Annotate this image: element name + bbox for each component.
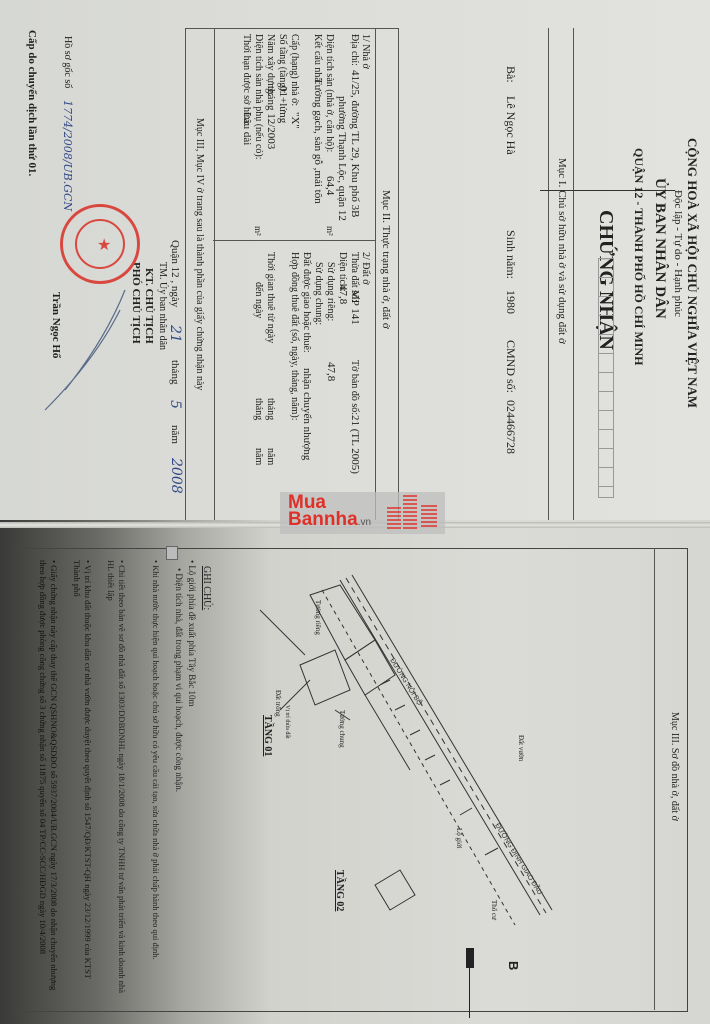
- lease-from-month: tháng: [265, 398, 276, 420]
- address-label: Địa chỉ:: [349, 34, 360, 66]
- north-arrow-letter: B: [506, 961, 521, 970]
- id-label: CMND số:: [503, 340, 518, 393]
- lease-contract-label: Hợp đồng thuê đất (số, ngày, tháng, năm)…: [289, 252, 300, 421]
- floors-value: 01+lửng: [277, 86, 289, 123]
- diagram-label-setback: Lộ giới: [455, 828, 463, 849]
- floors-label: Số tầng (tầng):: [277, 34, 288, 93]
- house-site-diagram: ĐƯỜNG NỘI BỘ ĐƯỜNG ĐỊNH GIAO ĐẦU: [240, 570, 570, 980]
- road-label: ĐƯỜNG NỘI BỘ: [388, 656, 425, 707]
- building-logo-icon: [385, 494, 439, 530]
- lease-from-label: Thời gian thuê từ ngày: [265, 252, 276, 343]
- lease-from-year: năm: [265, 448, 276, 465]
- scale-bar-icon: [466, 948, 474, 968]
- authority-name: ỦY BAN NHÂN DÂN: [651, 178, 668, 319]
- owner-label: Bà:: [503, 66, 518, 83]
- term-value: Lâu dài: [241, 112, 253, 145]
- section2-divider: [213, 240, 375, 241]
- private-use-value: 47,8: [325, 362, 337, 381]
- birth-year: 1980: [503, 290, 518, 314]
- allocation-value: nhận chuyển nhượng: [301, 368, 313, 460]
- floor-area-unit: m²: [325, 226, 335, 236]
- diagram-label-residential: Thổ cư: [490, 900, 498, 920]
- address-line2: phường Thạnh Lộc, quận 12: [336, 96, 348, 221]
- issue-day: 21: [167, 325, 183, 343]
- owner-name: Lê Ngọc Hà: [503, 96, 518, 155]
- birth-label: Sinh năm:: [503, 230, 518, 279]
- note-item: • Vị trí khu đất thuộc khu dân cư nhà vư…: [71, 560, 93, 1000]
- allocation-label: Đất được giao hoặc thuê:: [301, 252, 312, 353]
- district-name: QUẬN 12 - THÀNH PHỐ HỒ CHÍ MINH: [631, 148, 646, 365]
- address-line1: 41/25, đường TL 29, Khu phố 3B: [349, 70, 361, 217]
- on-behalf-label: TM. Ủy ban nhân dân: [157, 262, 168, 350]
- section1-heading: Mục I. Chủ sở hữu nhà ở và sử dụng đất ở: [556, 158, 568, 344]
- muabannha-watermark: MuaBannha.vn: [280, 492, 445, 534]
- issue-place-date: Quận 12 , ngày: [169, 240, 181, 307]
- serial-number-boxes: [598, 258, 614, 498]
- map-label: Tờ bản đồ số:: [349, 360, 360, 415]
- north-arrow-line: [469, 968, 470, 1018]
- issue-note: Cấp do chuyển dịch lần thứ 01.: [26, 30, 38, 176]
- signer-name: Trần Ngọc Hổ: [50, 292, 62, 358]
- floor2-label: TẦNG 02: [334, 870, 345, 911]
- file-number-label: Hồ sơ gốc số: [62, 36, 73, 88]
- diagram-label-parcel-location: Vị trí thửa đất: [284, 705, 290, 739]
- national-motto: Độc lập - Tự do - Hạnh phúc: [672, 190, 684, 317]
- shared-use-label: Sử dụng chung:: [313, 262, 324, 325]
- issue-year: 2008: [168, 458, 184, 494]
- watermark-tld: .vn: [358, 517, 371, 528]
- section3-4-note: Mục III, Mục IV ở trang sau là thành phầ…: [194, 118, 205, 390]
- land-heading: 2/ Đất ở: [360, 252, 371, 285]
- road2-label: ĐƯỜNG ĐỊNH GIAO ĐẦU: [493, 821, 545, 896]
- grade-label: Cấp (hạng) nhà ở:: [289, 34, 300, 106]
- parcel-value: MP 141: [349, 290, 361, 325]
- structure-value: Tường gạch, sàn gỗ ,mái tôn: [312, 78, 324, 204]
- floor-area-label: Diện tích sàn (nhà ở, căn hộ):: [324, 34, 335, 152]
- section2-heading: Mục II. Thực trạng nhà ở, đất ở: [380, 190, 392, 329]
- land-area-value: 47,8: [337, 285, 349, 304]
- issue-month: 5: [167, 400, 183, 409]
- house-heading: 1/ Nhà ở: [360, 34, 371, 69]
- star-emblem-icon: ★: [97, 235, 111, 255]
- lease-to-label: đến ngày: [253, 282, 264, 318]
- note-item: • Lộ giới phía đề xuất phía Tây Bắc 10m: [187, 560, 197, 706]
- lease-to-month: tháng: [253, 398, 264, 420]
- diagram-label-empty-land: Đất trống: [274, 690, 282, 717]
- private-use-label: Sử dụng riêng:: [325, 262, 336, 321]
- map-value: 21 (TL 2005): [349, 415, 361, 474]
- issue-month-label: tháng: [169, 360, 181, 384]
- watermark-brand-bottom: Bannha: [288, 509, 358, 530]
- grade-value: "X": [289, 112, 301, 129]
- built-value: tháng 12/2003: [265, 86, 277, 149]
- note-item: • Giấy chứng nhận này cấp thay thế GCN Q…: [37, 560, 59, 1000]
- file-number: 1774/2008/UB.GCN: [61, 100, 74, 211]
- aux-area-label: Diện tích sàn nhà phụ (nếu có):: [253, 34, 264, 160]
- legend-swatch: [166, 546, 178, 560]
- official-red-stamp: ★: [60, 204, 140, 284]
- id-number: 024466728: [503, 400, 518, 454]
- note-item: • Diện tích nhà, đất trong phạm vi qui h…: [174, 568, 184, 792]
- notes-heading: GHI CHÚ:: [201, 566, 212, 610]
- issue-year-label: năm: [169, 425, 181, 444]
- diagram-label-garden: Đất vườn: [517, 735, 525, 761]
- country-name: CỘNG HOÀ XÃ HỘI CHỦ NGHĨA VIỆT NAM: [684, 138, 700, 408]
- lease-to-year: năm: [253, 448, 264, 465]
- floor1-label: TẦNG 01: [262, 715, 273, 756]
- floor-area-value: 64,4: [324, 176, 336, 195]
- aux-area-unit: m²: [253, 226, 263, 236]
- diagram-label-private-wall: Tường riêng: [314, 600, 322, 635]
- section3-heading: Mục III. Sơ đồ nhà ở, đất ở: [669, 712, 680, 821]
- structure-label: Kết cấu nhà:: [312, 34, 323, 85]
- diagram-label-shared-wall: Tường chung: [338, 710, 346, 748]
- note-item: • Khi nhà nước thực hiện qui hoạch hoặc …: [150, 560, 161, 1000]
- note-item: • Chi tiết theo bản vẽ sơ đồ nhà đất số …: [105, 560, 127, 1000]
- handwritten-signature: [25, 280, 155, 420]
